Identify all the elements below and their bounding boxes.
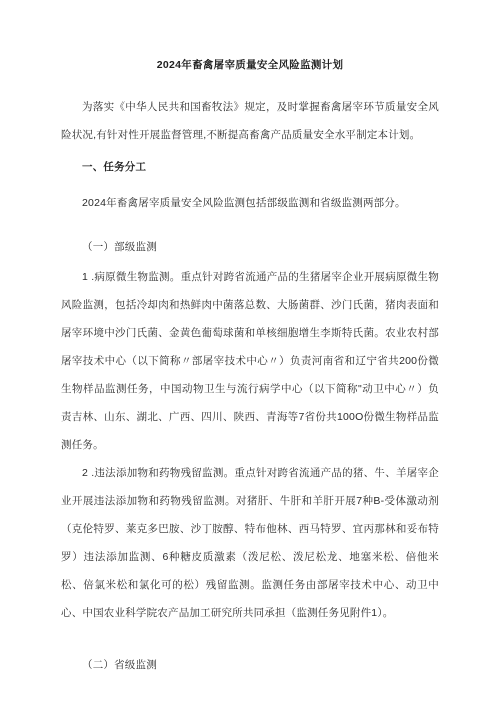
page-title: 2024年畜禽屠宰质量安全风险监测计划 xyxy=(61,57,439,72)
section-heading-task-division: 一、任务分工 xyxy=(61,153,439,181)
paragraph-pathogen-microbe-monitoring: 1 .病原微生物监测。重点针对跨省流通产品的生猪屠宰企业开展病原微生物风险监测，… xyxy=(61,263,439,459)
intro-paragraph: 为落实《中华人民共和国畜牧法》规定，及时掌握畜禽屠宰环节质量安全风险状况,有针对… xyxy=(61,93,439,149)
subsection-heading-ministry-monitoring: （一）部级监测 xyxy=(61,233,439,261)
subsection-heading-province-monitoring: （二）省级监测 xyxy=(61,651,439,679)
paragraph-illegal-additive-residue-monitoring: 2 .违法添加物和药物残留监测。重点针对跨省流通产品的猪、牛、羊屠宰企业开展违法… xyxy=(61,459,439,627)
section-lead-paragraph: 2024年畜禽屠宰质量安全风险监测包括部级监测和省级监测两部分。 xyxy=(61,189,439,217)
document-page: 2024年畜禽屠宰质量安全风险监测计划 为落实《中华人民共和国畜牧法》规定，及时… xyxy=(0,0,500,707)
